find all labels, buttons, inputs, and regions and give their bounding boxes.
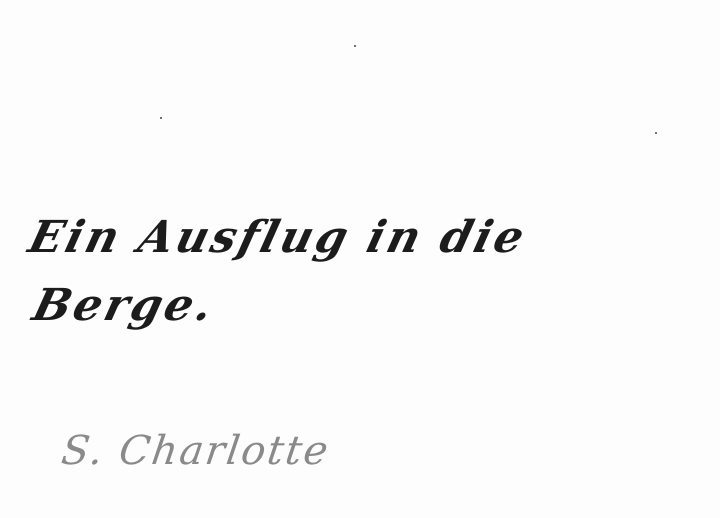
signature: S. Charlotte — [59, 428, 333, 474]
paper-speck — [354, 45, 356, 47]
handwritten-line-2: Berge. — [28, 280, 221, 331]
paper-note: Ein Ausflug in die Berge. S. Charlotte — [0, 0, 720, 518]
paper-speck — [655, 132, 657, 134]
paper-speck — [160, 117, 162, 119]
handwritten-line-1: Ein Ausflug in die — [24, 212, 532, 263]
